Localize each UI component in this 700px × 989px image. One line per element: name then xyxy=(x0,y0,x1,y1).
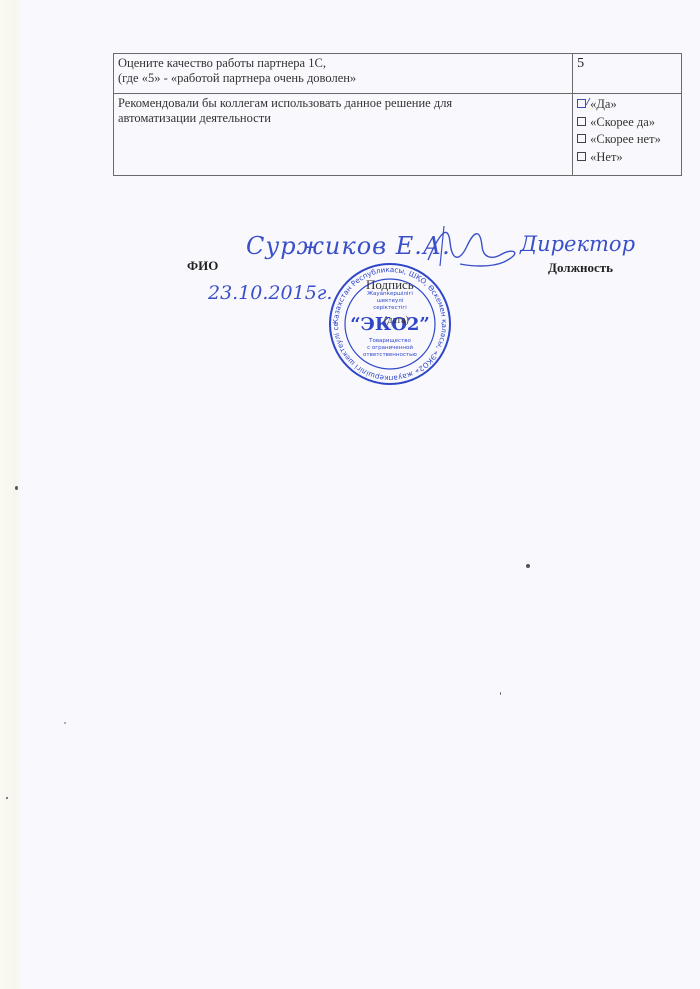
date-handwritten: 23.10.2015г. xyxy=(208,282,332,304)
question-cell: Оцените качество работы партнера 1С, (гд… xyxy=(114,54,573,94)
checkbox-checked-icon[interactable] xyxy=(577,99,586,108)
scan-speck xyxy=(64,722,66,724)
question-cell: Рекомендовали бы коллегам использовать д… xyxy=(114,94,573,176)
option-label: «Скорее нет» xyxy=(590,132,661,146)
svg-text:серіктестігі: серіктестігі xyxy=(373,305,407,311)
table-row: Оцените качество работы партнера 1С, (гд… xyxy=(114,54,682,94)
table-row: Рекомендовали бы коллегам использовать д… xyxy=(114,94,682,176)
survey-table: Оцените качество работы партнера 1С, (гд… xyxy=(113,53,682,176)
option-label: «Нет» xyxy=(590,150,623,164)
option-label: «Да» xyxy=(590,97,617,111)
scan-speck xyxy=(6,797,8,799)
option-rather-yes[interactable]: «Скорее да» xyxy=(577,114,677,132)
svg-text:шектеулі: шектеулі xyxy=(377,298,404,304)
scan-speck xyxy=(500,692,501,695)
scan-edge-band xyxy=(0,0,22,989)
svg-text:с ограниченной: с ограниченной xyxy=(367,344,413,351)
checkbox-icon[interactable] xyxy=(577,117,586,126)
question-text-line2: автоматизации деятельности xyxy=(118,111,271,125)
rating-value: 5 xyxy=(577,56,584,71)
svg-text:Товарищество: Товарищество xyxy=(368,338,411,344)
date-label: (дата) xyxy=(384,315,409,326)
option-label: «Скорее да» xyxy=(590,115,655,129)
fio-label: ФИО xyxy=(187,258,218,274)
option-rather-no[interactable]: «Скорее нет» xyxy=(577,131,677,149)
scan-speck xyxy=(526,564,530,568)
answer-cell: 5 xyxy=(573,54,682,94)
question-text-line2: (где «5» - «работой партнера очень довол… xyxy=(118,71,356,85)
option-yes[interactable]: «Да» xyxy=(577,96,677,114)
signature-label: Подпись xyxy=(366,277,414,293)
options-cell: «Да» «Скорее да» «Скорее нет» «Нет» xyxy=(573,94,682,176)
checkbox-icon[interactable] xyxy=(577,134,586,143)
option-no[interactable]: «Нет» xyxy=(577,149,677,167)
position-handwritten: Директор xyxy=(520,232,635,256)
svg-text:ответственностью: ответственностью xyxy=(363,352,417,358)
question-text-line1: Оцените качество работы партнера 1С, xyxy=(118,56,326,70)
question-text-line1: Рекомендовали бы коллегам использовать д… xyxy=(118,96,452,110)
position-label: Должность xyxy=(548,260,613,276)
checkbox-icon[interactable] xyxy=(577,152,586,161)
scan-speck xyxy=(15,486,18,490)
